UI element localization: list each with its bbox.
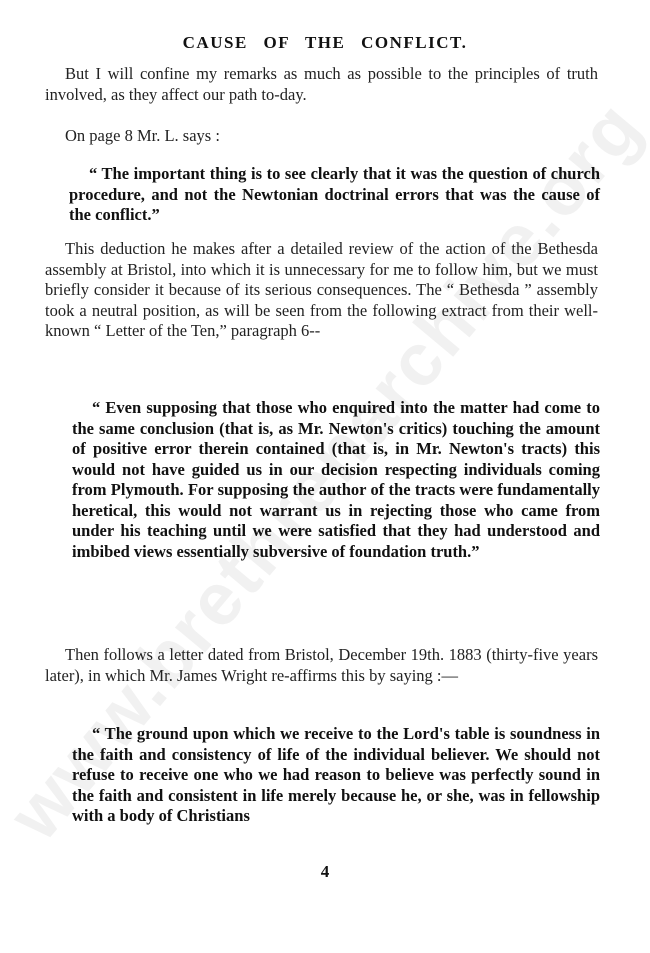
quote-letter-of-the-ten: “ Even supposing that those who enquired… xyxy=(72,398,600,562)
page-title: CAUSE OF THE CONFLICT. xyxy=(0,33,650,53)
quote-text: “ The ground upon which we receive to th… xyxy=(72,724,600,825)
quote-text: “ Even supposing that those who enquired… xyxy=(72,398,600,561)
paragraph-bristol-letter: Then follows a letter dated from Bristol… xyxy=(45,645,598,686)
quote-important-thing: “ The important thing is to see clearly … xyxy=(69,164,600,226)
page-number: 4 xyxy=(0,862,650,882)
paragraph-intro: But I will confine my remarks as much as… xyxy=(45,64,598,105)
quote-text: “ The important thing is to see clearly … xyxy=(69,164,600,224)
document-page: CAUSE OF THE CONFLICT. But I will confin… xyxy=(0,0,650,953)
paragraph-deduction: This deduction he makes after a detailed… xyxy=(45,239,598,342)
paragraph-page-reference: On page 8 Mr. L. says : xyxy=(45,126,598,147)
paragraph-text: Then follows a letter dated from Bristol… xyxy=(45,645,598,685)
quote-james-wright: “ The ground upon which we receive to th… xyxy=(72,724,600,827)
paragraph-text: But I will confine my remarks as much as… xyxy=(45,64,598,104)
paragraph-text: On page 8 Mr. L. says : xyxy=(65,126,220,145)
paragraph-text: This deduction he makes after a detailed… xyxy=(45,239,598,340)
